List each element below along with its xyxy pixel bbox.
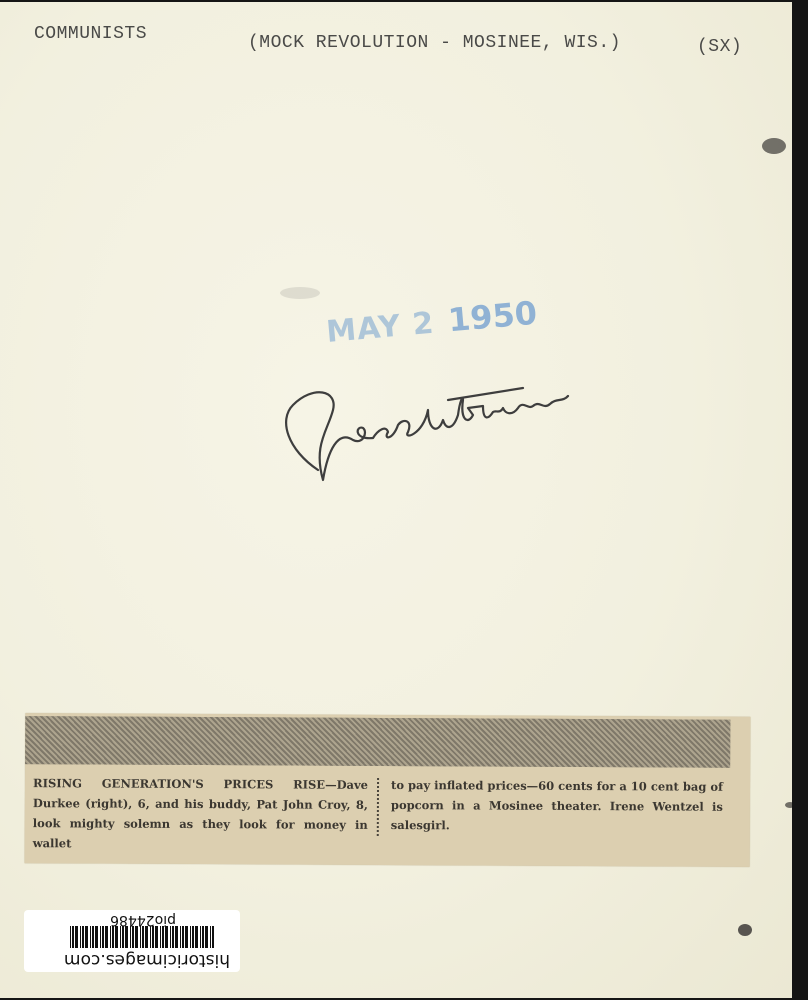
label-item-id: pio24486 <box>110 912 176 928</box>
photo-back-paper: COMMUNISTS (MOCK REVOLUTION - MOSINEE, W… <box>0 2 792 998</box>
clipping-column-2: to pay inflated prices—60 cents for a 10… <box>391 775 723 837</box>
scan-border <box>792 0 808 1000</box>
stamp-month-day: MAY 2 <box>325 306 436 350</box>
date-stamp: MAY 21950 <box>325 294 539 350</box>
label-site: historicimages.com <box>64 950 230 970</box>
typed-caption: (MOCK REVOLUTION - MOSINEE, WIS.) <box>248 33 621 53</box>
stain <box>280 287 320 299</box>
column-divider <box>377 778 383 836</box>
handwritten-note: Revolution <box>278 370 608 485</box>
ink-smudge <box>762 138 786 154</box>
typed-subject: COMMUNISTS <box>34 24 147 44</box>
typed-code: (SX) <box>697 37 742 57</box>
stamp-year: 1950 <box>446 294 538 340</box>
newspaper-clipping: RISING GENERATION'S PRICES RISE—Dave Dur… <box>25 713 751 867</box>
clipping-photo-strip <box>25 716 730 768</box>
ink-smudge <box>738 924 752 936</box>
archive-barcode-label: historicimages.com pio24486 <box>24 910 240 972</box>
clipping-column-1: RISING GENERATION'S PRICES RISE—Dave Dur… <box>33 773 368 855</box>
barcode-icon <box>68 926 214 948</box>
